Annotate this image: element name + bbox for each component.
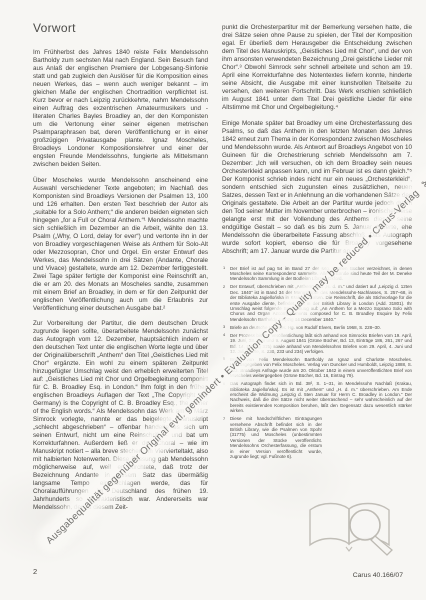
footnote-text: Das Autograph findet sich in Bd. 38², S.… <box>230 381 412 413</box>
footnote: 7 Diese mit handschriftlichen Eintragung… <box>222 416 412 459</box>
scissors-icon: ✂ <box>418 173 426 192</box>
footnote-text: Diese mit handschriftlichen Eintragungen… <box>230 416 322 459</box>
footnote-text: Briefe von Felix Mendelssohn Bartholdy a… <box>230 357 412 378</box>
footnote: 3 Briefe an deutsche Verleger. Hg. von R… <box>222 325 412 330</box>
catalog-number: Carus 40.166/07 <box>353 572 403 579</box>
footnote-number: 4 <box>223 332 225 337</box>
paragraph: Über Moscheles wurde Mendelssohn anschei… <box>33 177 208 313</box>
book-magnifier-icon <box>302 499 399 557</box>
footnote-number: 2 <box>223 284 225 289</box>
footnote-number: 3 <box>223 324 225 329</box>
footnote: 6 Das Autograph findet sich in Bd. 38², … <box>222 381 412 413</box>
paragraph: Im Frühherbst des Jahres 1840 reiste Fel… <box>33 49 208 169</box>
footnote-number: 5 <box>223 356 225 361</box>
right-text-column: punkt die Orchesterpartitur mit der Beme… <box>222 24 412 459</box>
footnote-text: Briefe an deutsche Verleger. Hg. von Rud… <box>230 325 381 330</box>
paragraph: punkt die Orchesterpartitur mit der Beme… <box>222 24 412 112</box>
footnote-number: 7 <box>223 416 225 421</box>
page-number: 2 <box>33 567 37 576</box>
page-title: Vorwort <box>33 21 76 35</box>
footnote-number: 1 <box>223 265 225 270</box>
left-text-column: Im Frühherbst des Jahres 1840 reiste Fel… <box>33 49 208 512</box>
